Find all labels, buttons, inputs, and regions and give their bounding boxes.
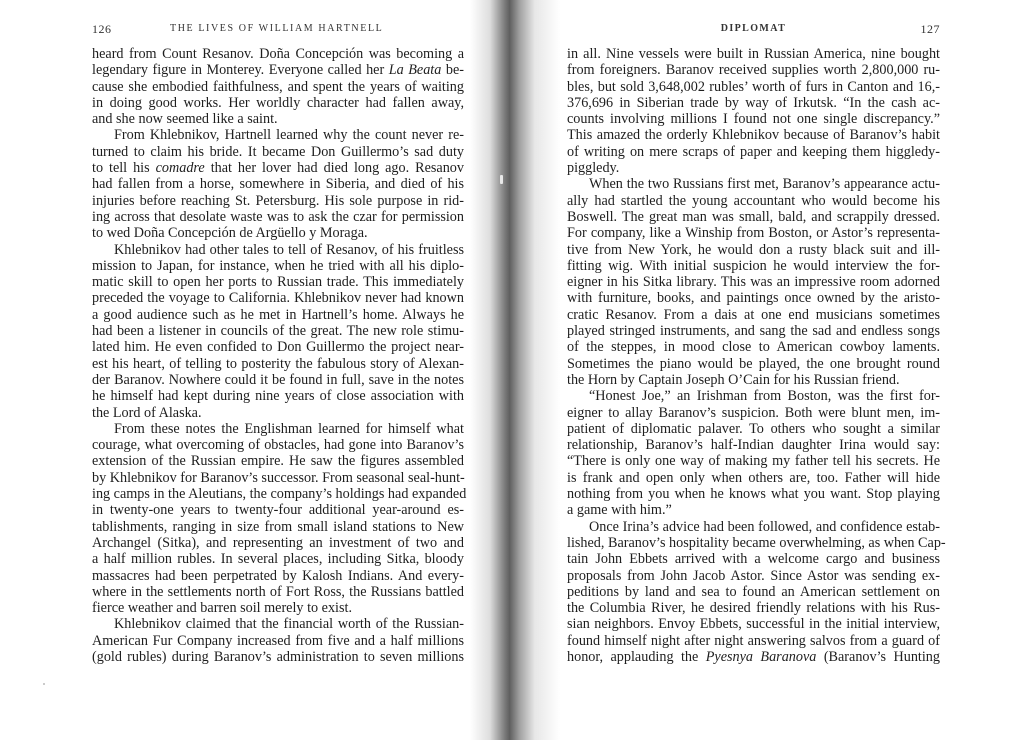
text-line: “There is only one way of making my fath…: [567, 453, 940, 469]
left-running-head: 126 THE LIVES OF WILLIAM HARTNELL: [92, 23, 464, 37]
text-line: the Horn by Captain Joseph O’Cain for hi…: [567, 372, 940, 388]
text-line: Once Irina’s advice had been followed, a…: [567, 519, 940, 535]
text-line: lated him. He even confided to Don Guill…: [92, 339, 464, 355]
text-line: the Columbia River, he desired friendly …: [567, 600, 940, 616]
text-line: in all. Nine vessels were built in Russi…: [567, 46, 940, 62]
text-line: relationship, Baranov’s half-Indian daug…: [567, 437, 940, 453]
left-body-text: heard from Count Resanov. Doña Concepció…: [92, 46, 464, 665]
text-line: eigner in his Sitka library. This was an…: [567, 274, 940, 290]
text-line: in twenty-one years to twenty-four addit…: [92, 502, 464, 518]
page-number: 126: [92, 22, 112, 37]
text-line: mission to Japan, for instance, when he …: [92, 258, 464, 274]
page-number: 127: [921, 22, 941, 37]
text-line: fitting wig. With initial suspicion he w…: [567, 258, 940, 274]
text-line: From Khlebnikov, Hartnell learned why th…: [92, 127, 464, 143]
text-line: matic skill to open her ports to Russian…: [92, 274, 464, 290]
text-line: For company, like a Winship from Boston,…: [567, 225, 940, 241]
text-line: massacres had been perpetrated by Kalosh…: [92, 568, 464, 584]
text-line: tablishments, ranging in size from small…: [92, 519, 464, 535]
text-line: lished, Baranov’s hospitality became ove…: [567, 535, 940, 551]
text-line: This amazed the orderly Khlebnikov becau…: [567, 127, 940, 143]
text-line: Sometimes the piano would be played, the…: [567, 356, 940, 372]
text-line: (gold rubles) during Baranov’s administr…: [92, 649, 464, 665]
text-line: heard from Count Resanov. Doña Concepció…: [92, 46, 464, 62]
text-line: When the two Russians first met, Baranov…: [567, 176, 940, 192]
book-spread: 126 THE LIVES OF WILLIAM HARTNELL heard …: [0, 0, 1024, 740]
text-line: tive from New York, he would don a rusty…: [567, 242, 940, 258]
text-line: played stringed instruments, and sang th…: [567, 323, 940, 339]
text-line: where in the settlements north of Fort R…: [92, 584, 464, 600]
text-line: a half million rubles. In several places…: [92, 551, 464, 567]
text-line: to wed Doña Concepción de Argüello y Mor…: [92, 225, 464, 241]
text-line: extension of the Russian empire. He saw …: [92, 453, 464, 469]
text-line: ing camps in the Aleutians, the company’…: [92, 486, 464, 502]
text-line: from foreigners. Baranov received suppli…: [567, 62, 940, 78]
text-line: honor, applauding the Pyesnya Baranova (…: [567, 649, 940, 665]
running-title: DIPLOMAT: [567, 23, 940, 34]
text-line: courage, what overcoming of obstacles, h…: [92, 437, 464, 453]
text-line: peditions by land and sea to found an Am…: [567, 584, 940, 600]
running-title: THE LIVES OF WILLIAM HARTNELL: [170, 23, 383, 34]
text-line: ally had startled the young accountant w…: [567, 193, 940, 209]
text-line: cratic Resanov. From a dais at one end m…: [567, 307, 940, 323]
text-line: to tell his comadre that her lover had d…: [92, 160, 464, 176]
text-line: American Fur Company increased from five…: [92, 633, 464, 649]
text-line: of writing on mere scraps of paper and k…: [567, 144, 940, 160]
text-line: with furniture, books, and paintings onc…: [567, 290, 940, 306]
text-line: turned to claim his bride. It became Don…: [92, 144, 464, 160]
text-line: and she now seemed like a saint.: [92, 111, 464, 127]
text-line: the Lord of Alaska.: [92, 405, 464, 421]
gutter-speck: [500, 175, 503, 184]
text-line: he himself had kept during nine years of…: [92, 388, 464, 404]
text-line: in doing good works. Her worldly charact…: [92, 95, 464, 111]
text-line: Khlebnikov had other tales to tell of Re…: [92, 242, 464, 258]
text-line: patient of diplomatic palaver. To others…: [567, 421, 940, 437]
text-line: 376,696 in Siberian trade by way of Irku…: [567, 95, 940, 111]
text-line: cause she embodied faithfulness, and spe…: [92, 79, 464, 95]
right-body-text: in all. Nine vessels were built in Russi…: [567, 46, 940, 665]
text-line: tain John Ebbets arrived with a welcome …: [567, 551, 940, 567]
text-line: sian neighbors. Envoy Ebbets, successful…: [567, 616, 940, 632]
text-line: est his heart, of telling to posterity t…: [92, 356, 464, 372]
text-line: nothing from you when he knows what you …: [567, 486, 940, 502]
text-line: eigner to allay Baranov’s suspicion. Bot…: [567, 405, 940, 421]
text-line: proposals from John Jacob Astor. Since A…: [567, 568, 940, 584]
text-line: counts involving millions I found not on…: [567, 111, 940, 127]
text-line: piggledy.: [567, 160, 940, 176]
text-line: Khlebnikov claimed that the financial wo…: [92, 616, 464, 632]
text-line: found himself night after night answerin…: [567, 633, 940, 649]
text-line: a good audience such as he met in Hartne…: [92, 307, 464, 323]
text-line: legendary figure in Monterey. Everyone c…: [92, 62, 464, 78]
text-line: by Khlebnikov for Baranov’s successor. F…: [92, 470, 464, 486]
text-line: Archangel (Sitka), and representing an i…: [92, 535, 464, 551]
text-line: had been a listener in councils of the g…: [92, 323, 464, 339]
text-line: fierce weather and barren soil merely to…: [92, 600, 464, 616]
text-line: preceded the voyage to California. Khleb…: [92, 290, 464, 306]
text-line: of the steppes, in mood close to America…: [567, 339, 940, 355]
text-line: injuries before reaching St. Petersburg.…: [92, 193, 464, 209]
text-line: “Honest Joe,” an Irishman from Boston, w…: [567, 388, 940, 404]
text-line: a game with him.”: [567, 502, 940, 518]
page-speck: [43, 683, 45, 685]
book-gutter-shadow: [470, 0, 560, 740]
text-line: der Baranov. Nowhere could it be found i…: [92, 372, 464, 388]
text-line: is frank and open only when others are, …: [567, 470, 940, 486]
text-line: Boswell. The great man was small, bald, …: [567, 209, 940, 225]
text-line: had fallen from a horse, somewhere in Si…: [92, 176, 464, 192]
text-line: bles, but sold 3,648,002 rubles’ worth o…: [567, 79, 940, 95]
text-line: From these notes the Englishman learned …: [92, 421, 464, 437]
right-running-head: DIPLOMAT 127: [567, 23, 940, 37]
text-line: ing across that desolate waste was to as…: [92, 209, 464, 225]
